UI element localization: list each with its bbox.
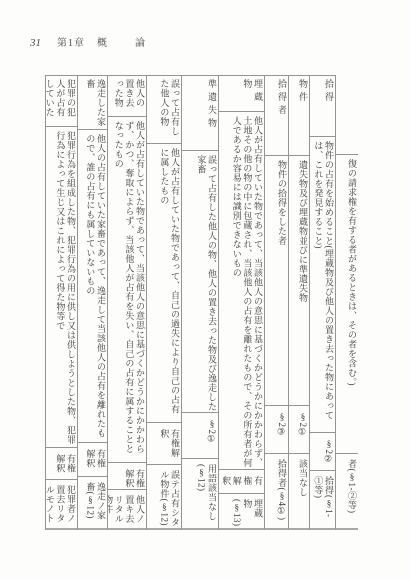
table-column: 逸走した家畜 他人の占有していた家畜であって、逸走して当該他人の占有を離れたもの… [77,75,107,530]
definition-cell: 他人が占有していた物であって、当該他人の意思に基づくかどうかにかかわらず、土地そ… [219,112,264,470]
table-column: 準遺失物 誤って占有した他人の物、他人の置き去った物及び逸走した家畜 §2① 用… [181,75,218,530]
chapter-title: 概 論 [97,34,154,49]
table-column: 復の請求権を有する者があるときは、その者を含む。) 者(§1-②等) [335,75,358,530]
old-law-cell: 拾得者(§4①) [265,454,288,530]
term-cell: 拾得 [310,76,335,137]
term-cell: 犯罪の犯人が占有していたと認められる物 [46,76,77,127]
definition-cell: 物件の占有を始めること(埋蔵物及び他人の置き去った物にあっては、これを発見するこ… [310,137,335,433]
terminology-comparison-table: 復の請求権を有する者があるときは、その者を含む。) 者(§1-②等) 拾得 物件… [45,75,358,530]
table-column: 埋蔵物 他人が占有していた物であって、当該他人の意思に基づくかどうかにかかわらず… [218,75,264,530]
legal-basis-cell: 有権解釈 [147,423,181,465]
legal-basis-cell: §2① [182,413,218,458]
definition-cell: 遺失物及び埋蔵物並びに準遺失物 [289,156,309,406]
term-cell: 他人の置き去った物 [108,76,146,117]
legal-basis-cell: §2② [310,433,335,471]
old-law-cell: 犯罪者ノ置去リタルモノト認ム [46,480,77,530]
legal-basis-cell: 有権解釈 [108,463,146,490]
definition-cell: 復の請求権を有する者があるときは、その者を含む。) [336,155,358,406]
legal-basis-cell: 有権解釈 [46,448,77,481]
table-column: 拾得者 物件の拾得をした者 §2③ 拾得者(§4①) [264,75,288,530]
legal-basis-cell: 有権解釈 [78,443,107,477]
definition-cell: 他人が占有していた物であって、当該他人の意思に基づくかどうかにかかわらず、かつ、… [108,117,146,463]
chapter-label: 第1章 [57,34,85,49]
table-column: 物件 遺失物及び埋蔵物並びに準遺失物 §2① 該当なし [288,75,309,530]
term-cell: 拾得者 [265,76,288,156]
legal-basis-cell: 有権解釈 [219,470,264,494]
running-head: 31 第1章 概 論 [30,34,154,48]
legal-basis-cell: §2③ [265,406,288,454]
old-law-cell: 拾得(§1-①等) [310,471,335,530]
old-law-cell: 逸走ノ家畜(§12) [78,477,107,530]
term-cell: 埋蔵物 [219,76,264,112]
definition-cell: 他人の占有していた家畜であって、逸走して当該他人の占有を離れたもので、誰の占有に… [78,130,107,443]
definition-cell: 犯罪行為を組成した物、犯罪行為の用に供し又は供しようとした物、犯罪行為によって生… [46,127,77,448]
old-law-cell: 用語該当なし(§12) [182,459,218,530]
term-cell: 誤って占有した他人の物 [147,76,181,144]
old-law-cell: 誤テ占有シタル物件(§12) [147,465,181,530]
table-column: 拾得 物件の占有を始めること(埋蔵物及び他人の置き去った物にあっては、これを発見… [309,75,335,530]
table-column: 誤って占有した他人の物 他人が占有していた物であって、自己の過失により自己の占有… [146,75,181,530]
old-law-cell: 該当なし [289,454,309,530]
definition-cell: 物件の拾得をした者 [265,156,288,406]
legal-basis-cell: §2① [289,406,309,454]
term-cell [336,75,358,155]
table-column: 犯罪の犯人が占有していたと認められる物 犯罪行為を組成した物、犯罪行為の用に供し… [45,75,77,530]
term-cell: 準遺失物 [182,76,218,151]
term-cell: 物件 [289,76,309,156]
old-law-cell: 者(§1-②等) [336,454,358,530]
old-law-cell: 埋蔵物(§13) [219,494,264,530]
legal-basis-cell [336,406,358,454]
definition-cell: 誤って占有した他人の物、他人の置き去った物及び逸走した家畜 [182,151,218,414]
term-cell: 逸走した家畜 [78,76,107,130]
definition-cell: 他人が占有していた物であって、自己の過失により自己の占有に属したもの [147,144,181,423]
old-law-cell: 他人ノ置キ去リタル物件(§12) [108,490,146,530]
page-number: 31 [30,37,41,49]
table-column: 他人の置き去った物 他人が占有していた物であって、当該他人の意思に基づくかどうか… [107,75,146,530]
